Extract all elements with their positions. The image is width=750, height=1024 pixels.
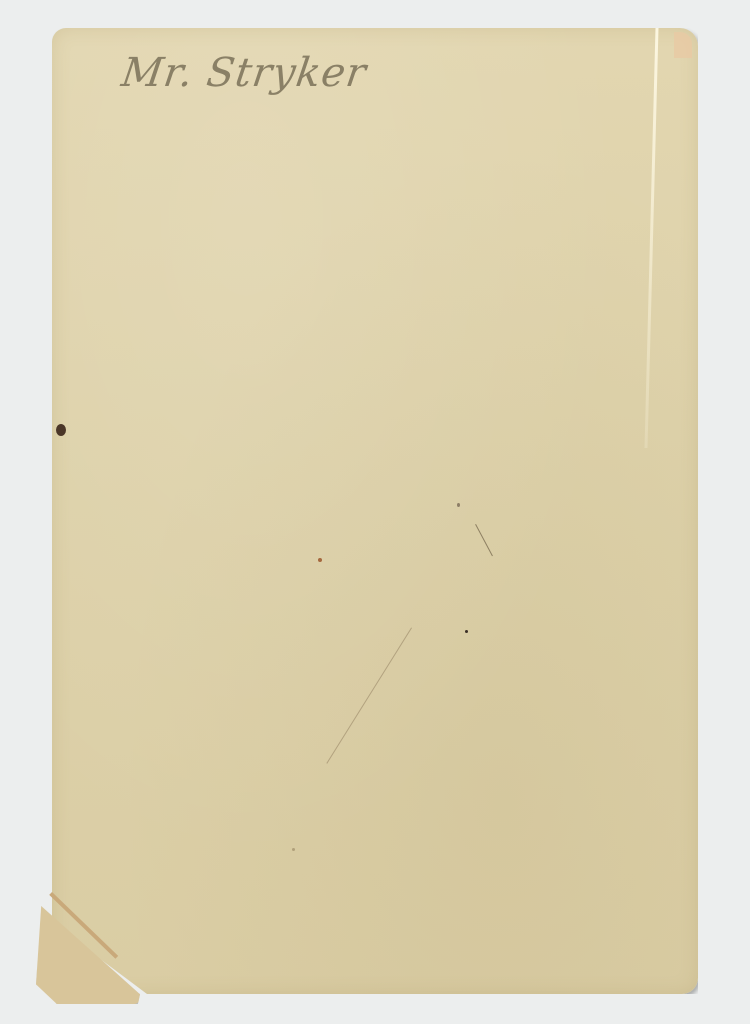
worn-corner bbox=[674, 32, 692, 58]
scratch bbox=[475, 524, 493, 556]
speck bbox=[465, 630, 468, 633]
speck bbox=[457, 503, 460, 507]
crease bbox=[645, 28, 659, 448]
ink-stain bbox=[56, 424, 66, 436]
speck bbox=[292, 848, 295, 851]
handwritten-inscription: Mr. Stryker bbox=[119, 50, 370, 96]
speck bbox=[318, 558, 322, 562]
photo-card-back: Mr. Stryker bbox=[52, 28, 698, 994]
scratch bbox=[326, 627, 412, 763]
